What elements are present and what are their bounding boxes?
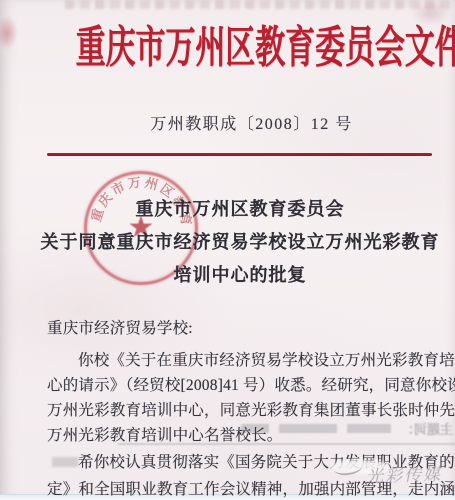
- body-line: 万州光彩教育培训中心名誉校长。: [47, 423, 437, 445]
- masthead-title: 重庆市万州区教育委员会文件: [76, 22, 385, 74]
- document-number: 万州教职成〔2008〕12 号: [48, 111, 455, 134]
- title-line-2: 关于同意重庆市经济贸易学校设立万州光彩教育: [25, 228, 455, 254]
- salutation: 重庆市经济贸易学校:: [47, 316, 437, 338]
- red-ink-smudge: [0, 16, 18, 50]
- body-line: 你校《关于在重庆市经济贸易学校设立万州光彩教育培训中: [47, 348, 455, 370]
- title-line-1: 重庆市万州区教育委员会: [25, 195, 455, 221]
- top-bleedthrough-strip: [60, 0, 455, 9]
- body-line: 万州光彩教育培训中心，同意光彩教育集团董事长张时仲先生为: [47, 398, 437, 420]
- document-scan: 重庆市万州区教育委员会文件 万州教职成〔2008〕12 号 重庆市万州区教育委员…: [0, 0, 455, 500]
- body-line: 心的请示》（经贸校[2008]41 号）收悉。经研究，同意你校设立: [47, 373, 437, 395]
- title-line-3: 培训中心的批复: [25, 261, 455, 287]
- watermark: 光彩传媒: [328, 455, 453, 489]
- watermark-label: 光彩传媒: [366, 460, 443, 488]
- red-divider-rule: [47, 153, 432, 156]
